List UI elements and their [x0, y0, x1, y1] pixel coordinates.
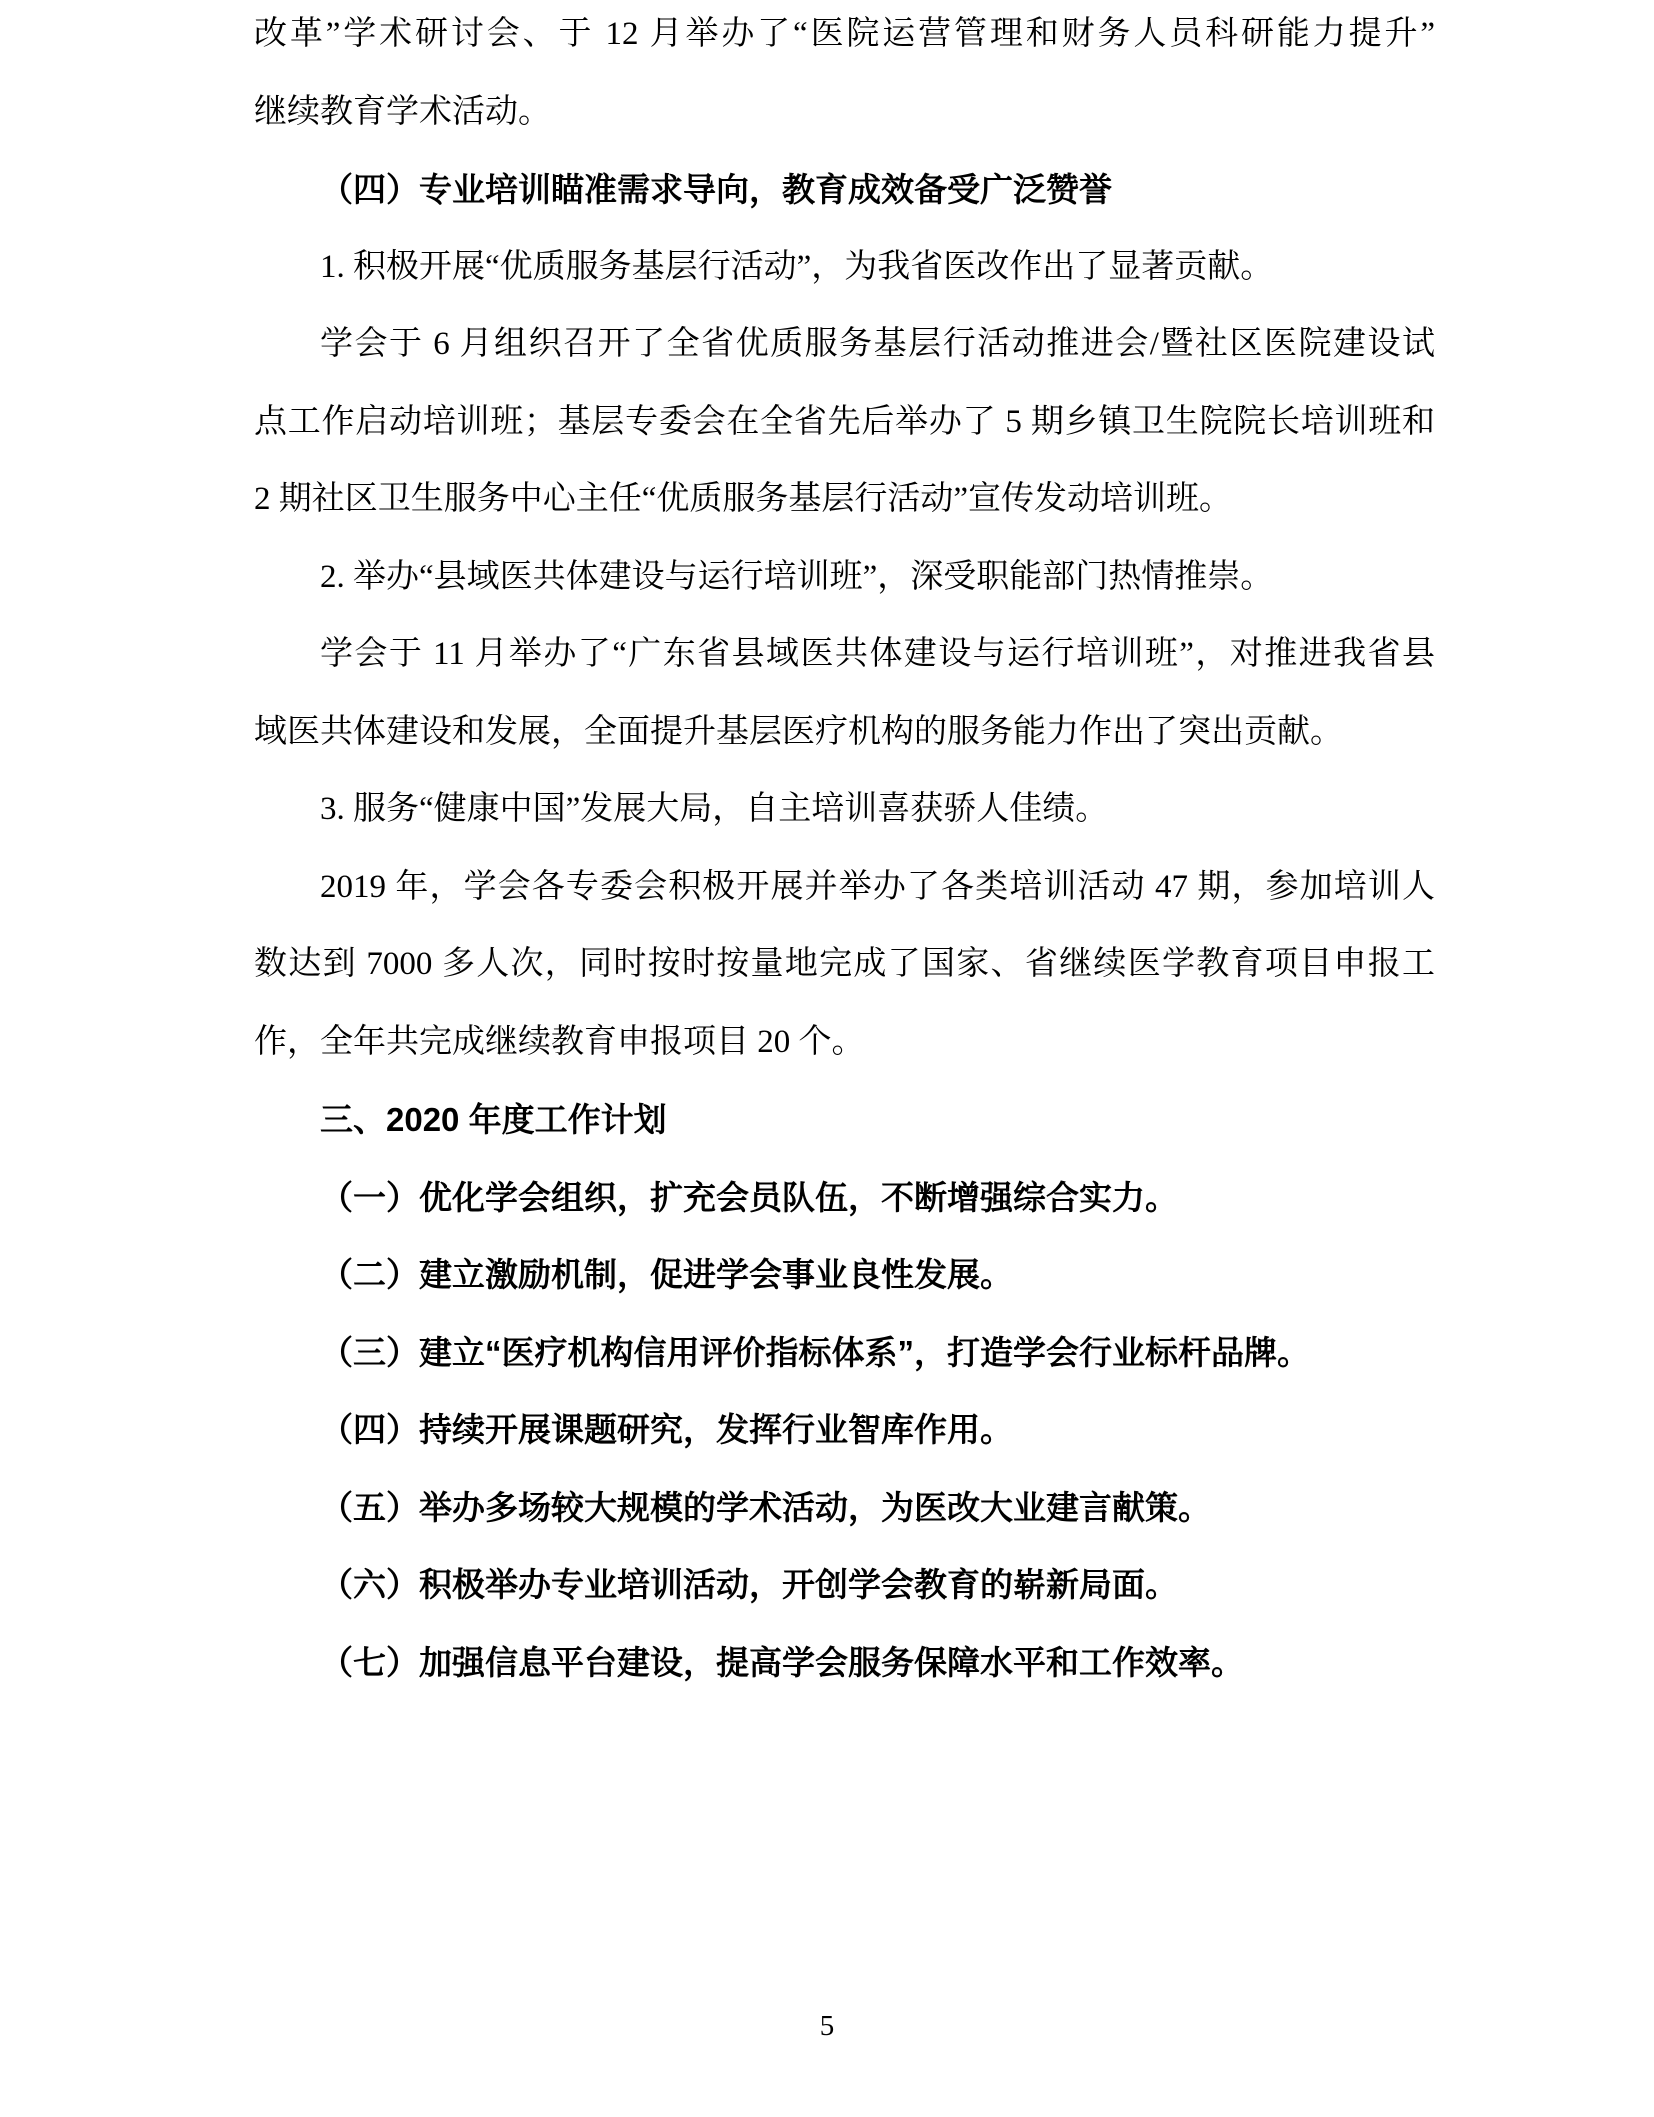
page-number: 5 [0, 2010, 1654, 2042]
text-line: 2019 年，学会各专委会积极开展并举办了各类培训活动 47 期，参加培训人 [254, 849, 1435, 927]
text-line: 继续教育学术活动。 [254, 74, 1435, 152]
text-line: （七）加强信息平台建设，提高学会服务保障水平和工作效率。 [254, 1624, 1435, 1702]
text-line: 域医共体建设和发展，全面提升基层医疗机构的服务能力作出了突出贡献。 [254, 694, 1435, 772]
text-line: 改革”学术研讨会、于 12 月举办了“医院运营管理和财务人员科研能力提升” [254, 0, 1435, 74]
text-line: （五）举办多场较大规模的学术活动，为医改大业建言献策。 [254, 1469, 1435, 1547]
text-line: 1. 积极开展“优质服务基层行活动”，为我省医改作出了显著贡献。 [254, 229, 1435, 307]
text-line: 三、2020 年度工作计划 [254, 1081, 1435, 1159]
text-line: 作，全年共完成继续教育申报项目 20 个。 [254, 1004, 1435, 1082]
text-line: 点工作启动培训班；基层专委会在全省先后举办了 5 期乡镇卫生院院长培训班和 [254, 384, 1435, 462]
text-line: 3. 服务“健康中国”发展大局，自主培训喜获骄人佳绩。 [254, 771, 1435, 849]
text-line: （一）优化学会组织，扩充会员队伍，不断增强综合实力。 [254, 1159, 1435, 1237]
text-line: 学会于 11 月举办了“广东省县域医共体建设与运行培训班”，对推进我省县 [254, 616, 1435, 694]
text-line: （六）积极举办专业培训活动，开创学会教育的崭新局面。 [254, 1546, 1435, 1624]
text-line: 学会于 6 月组织召开了全省优质服务基层行活动推进会/暨社区医院建设试 [254, 306, 1435, 384]
text-line: 2. 举办“县域医共体建设与运行培训班”，深受职能部门热情推崇。 [254, 539, 1435, 617]
document-body: 改革”学术研讨会、于 12 月举办了“医院运营管理和财务人员科研能力提升”继续教… [254, 0, 1435, 1701]
text-line: （三）建立“医疗机构信用评价指标体系”，打造学会行业标杆品牌。 [254, 1314, 1435, 1392]
text-line: （四）持续开展课题研究，发挥行业智库作用。 [254, 1391, 1435, 1469]
text-line: （四）专业培训瞄准需求导向，教育成效备受广泛赞誉 [254, 151, 1435, 229]
text-line: （二）建立激励机制，促进学会事业良性发展。 [254, 1236, 1435, 1314]
document-page: 改革”学术研讨会、于 12 月举办了“医院运营管理和财务人员科研能力提升”继续教… [0, 0, 1654, 2117]
text-line: 2 期社区卫生服务中心主任“优质服务基层行活动”宣传发动培训班。 [254, 461, 1435, 539]
text-line: 数达到 7000 多人次，同时按时按量地完成了国家、省继续医学教育项目申报工 [254, 926, 1435, 1004]
